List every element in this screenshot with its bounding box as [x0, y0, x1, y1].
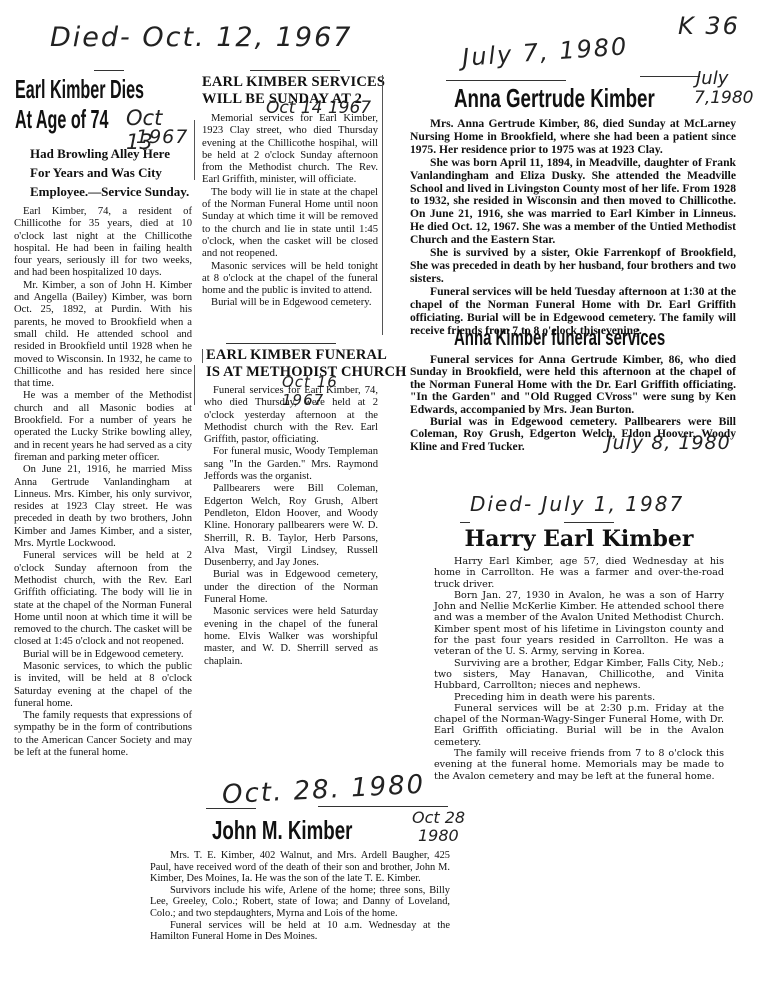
handwritten-date: July 8, 1980 — [606, 432, 731, 454]
handwritten-catalog-mark: K 36 — [678, 12, 740, 40]
divider — [318, 806, 448, 807]
paragraph: Masonic services will be held tonight at… — [202, 261, 378, 298]
paragraph: Funeral services for Earl Kimber, 74, wh… — [204, 385, 378, 446]
paragraph: Born Jan. 27, 1930 in Avalon, he was a s… — [434, 590, 724, 658]
handwritten-date-john: Oct. 28. 1980 — [221, 770, 426, 811]
paragraph: Survivors include his wife, Arlene of th… — [150, 885, 450, 920]
handwritten-died-date-earl: Died- Oct. 12, 1967 — [50, 22, 352, 53]
paragraph: The body will lie in state at the chapel… — [202, 187, 378, 261]
paragraph: Harry Earl Kimber, age 57, died Wednesda… — [434, 556, 724, 590]
headline: EARL KIMBER SERVICES — [202, 74, 385, 91]
deck-line: Employee.—Service Sunday. — [30, 182, 200, 201]
paragraph: The family requests that expressions of … — [14, 710, 192, 759]
handwritten-date: Oct 28 — [412, 808, 465, 827]
divider — [206, 808, 256, 809]
divider — [460, 522, 470, 523]
handwritten-date-year: 7,1980 — [694, 88, 753, 108]
paragraph: Mr. Kimber, a son of John H. Kimber and … — [14, 280, 192, 391]
paragraph: On June 21, 1916, he married Miss Anna G… — [14, 464, 192, 550]
paragraph: Funeral services for Anna Gertrude Kimbe… — [410, 354, 736, 416]
paragraph: Burial was in Edgewood cemetery, under t… — [204, 569, 378, 606]
paragraph: Masonic services were held Saturday even… — [204, 606, 378, 667]
paragraph: She was born April 11, 1894, in Meadvill… — [410, 157, 736, 247]
deck-line: Had Browling Alley Here — [30, 144, 200, 163]
divider — [640, 76, 700, 77]
paragraph: Burial will be in Edgewood cemetery. — [14, 649, 192, 661]
paragraph: Earl Kimber, 74, a resident of Chillicot… — [14, 206, 192, 280]
article-body: Funeral services for Earl Kimber, 74, wh… — [204, 385, 378, 668]
column-rule — [194, 365, 195, 405]
paragraph: Masonic services, to which the public is… — [14, 661, 192, 710]
paragraph: Surviving are a brother, Edgar Kimber, F… — [434, 658, 724, 692]
deck-line: For Years and Was City — [30, 163, 200, 182]
divider — [94, 70, 124, 71]
headline: Anna Gertrude Kimber — [454, 84, 655, 112]
headline: John M. Kimber — [212, 816, 352, 844]
headline-line2: At Age of 74 — [15, 106, 108, 133]
paragraph: The family will receive friends from 7 t… — [434, 748, 724, 782]
paragraph: Funeral services will be held at 2 o'clo… — [14, 550, 192, 648]
divider — [226, 343, 336, 344]
handwritten-died-date-harry: Died- July 1, 1987 — [470, 492, 684, 516]
paragraph: Pallbearers were Bill Coleman, Edgerton … — [204, 483, 378, 569]
paragraph: Burial will be in Edgewood cemetery. — [202, 297, 378, 309]
headline: EARL KIMBER FUNERAL — [206, 347, 387, 364]
headline: Harry Earl Kimber — [434, 526, 724, 552]
paragraph: Mrs. T. E. Kimber, 402 Walnut, and Mrs. … — [150, 850, 450, 885]
column-rule — [382, 75, 383, 335]
handwritten-date: July — [696, 68, 728, 89]
paragraph: Mrs. Anna Gertrude Kimber, 86, died Sund… — [410, 118, 736, 157]
headline: Earl Kimber Dies — [15, 76, 144, 103]
column-rule — [194, 120, 195, 180]
divider — [250, 70, 340, 71]
paragraph: She is survived by a sister, Okie Farren… — [410, 247, 736, 286]
paragraph: Funeral services will be at 2:30 p.m. Fr… — [434, 703, 724, 748]
handwritten-date-year: 1980 — [418, 826, 459, 845]
deck: Had Browling Alley Here For Years and Wa… — [30, 144, 200, 201]
article-body: Mrs. T. E. Kimber, 402 Walnut, and Mrs. … — [150, 850, 450, 943]
column-rule — [202, 349, 203, 363]
article-body: Mrs. Anna Gertrude Kimber, 86, died Sund… — [410, 118, 736, 337]
headline: Anna Kimber funeral services — [454, 326, 665, 350]
paragraph: Preceding him in death were his parents. — [434, 692, 724, 703]
paragraph: Funeral services will be held at 10 a.m.… — [150, 920, 450, 943]
divider — [564, 522, 614, 523]
paragraph: For funeral music, Woody Templeman sang … — [204, 446, 378, 483]
article-body: Earl Kimber, 74, a resident of Chillicot… — [14, 206, 192, 759]
article-body: Memorial services for Earl Kimber, 1923 … — [202, 113, 378, 310]
paragraph: Memorial services for Earl Kimber, 1923 … — [202, 113, 378, 187]
handwritten-date-anna: July 7, 1980 — [461, 32, 629, 72]
paragraph: He was a member of the Methodist church … — [14, 390, 192, 464]
divider — [446, 80, 566, 81]
article-body: Harry Earl Kimber, age 57, died Wednesda… — [434, 556, 724, 782]
